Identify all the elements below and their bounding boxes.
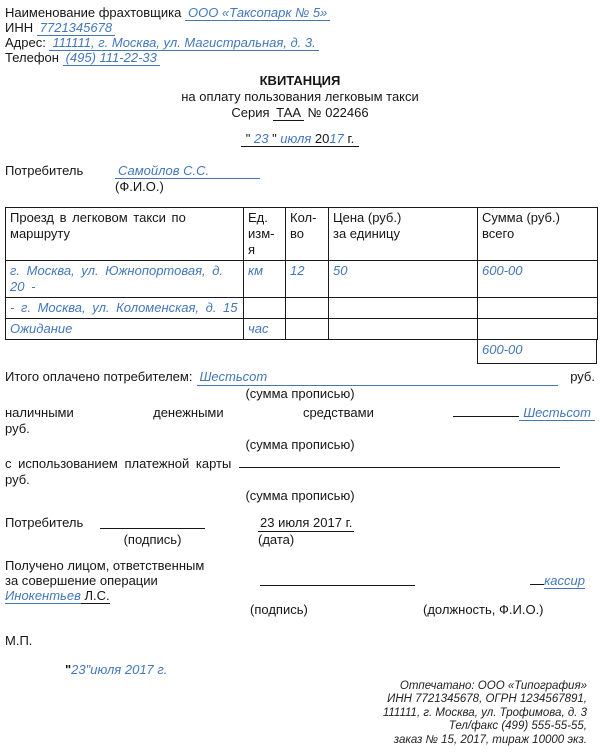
receipt-page: Наименование фрахтовщика ООО «Таксопарк …	[0, 0, 600, 747]
row2-unit	[244, 298, 286, 319]
cash-payment-line: наличными денежными средствами Шестьсот	[5, 403, 595, 421]
table-row: - г. Москва, ул. Коломенская, д. 15	[6, 298, 598, 319]
print-info-line: ИНН 7721345678, ОГРН 1234567891,	[5, 693, 587, 706]
table-row: Ожидание час	[6, 319, 598, 340]
receiver-line1: Получено лицом, ответственным	[5, 558, 204, 573]
document-subtitle: на оплату пользования легковым такси	[5, 89, 595, 105]
bottom-date-line: "23"июля 2017 г.	[65, 661, 595, 678]
row2-qty	[286, 298, 329, 319]
total-paid-words: Шестьсот	[197, 369, 558, 386]
cash-word-2: денежными	[153, 405, 224, 421]
row2-price	[329, 298, 478, 319]
carrier-inn-value: 7721345678	[37, 20, 115, 36]
series-label: Серия	[231, 105, 269, 120]
blank-line	[530, 572, 544, 585]
print-info-line: Отпечатано: ООО «Типография»	[5, 680, 587, 693]
row1-price: 50	[329, 261, 478, 298]
position-hint: (должность, Ф.И.О.)	[423, 602, 544, 617]
carrier-name-label: Наименование фрахтовщика	[5, 5, 181, 20]
amount-words-hint: (сумма прописью)	[5, 488, 595, 503]
bottom-date-value: 23"июля 2017 г.	[71, 662, 167, 677]
row1-route: г. Москва, ул. Южнопортовая, д. 20 -	[6, 261, 244, 298]
header-price: Цена (руб.) за единицу	[329, 208, 478, 261]
consumer-signature-row: Потребитель 23 июля 2017 г.	[5, 515, 595, 532]
rub-label: руб.	[5, 472, 595, 488]
signature-date: 23 июля 2017 г.	[258, 515, 354, 532]
print-info-line: заказ № 15, 2017, тираж 10000 экз.	[5, 734, 587, 747]
consumer-signature-label: Потребитель	[5, 515, 100, 532]
issue-month: июля	[277, 131, 315, 146]
card-payment-line: с использованием платежной карты	[5, 454, 595, 472]
blank-line	[239, 454, 560, 468]
table-row: г. Москва, ул. Южнопортовая, д. 20 - км …	[6, 261, 598, 298]
cash-word-3: средствами	[303, 405, 374, 421]
issue-day: 23	[254, 131, 268, 146]
carrier-inn-line: ИНН 7721345678	[5, 20, 595, 35]
signature-line	[260, 574, 415, 586]
stamp-label: М.П.	[5, 633, 595, 648]
consumer-name-hint: (Ф.И.О.)	[115, 179, 595, 194]
print-info-block: Отпечатано: ООО «Типография» ИНН 7721345…	[5, 680, 595, 747]
fare-table: Проезд в легковом такси по маршруту Ед. …	[5, 207, 598, 340]
amount-words-hint: (сумма прописью)	[5, 437, 595, 452]
blank-line	[453, 403, 519, 417]
receiver-name-value: Инокентьев	[5, 588, 81, 604]
issue-year-prefix: 20	[315, 131, 329, 146]
carrier-address-label: Адрес:	[5, 35, 46, 50]
cash-amount-words: Шестьсот	[519, 405, 595, 421]
row2-sum	[478, 298, 598, 319]
receiver-position: кассир	[530, 572, 585, 588]
receiver-name: Инокентьев Л.С.	[5, 588, 110, 603]
row3-unit: час	[244, 319, 286, 340]
card-payment-label: с использованием платежной карты	[5, 456, 231, 472]
title-block: КВИТАНЦИЯ на оплату пользования легковым…	[5, 73, 595, 121]
print-info-line: 111111, г. Москва, ул. Трофимова, д. 3	[5, 707, 587, 720]
table-total-wrap: 600-00	[5, 340, 597, 364]
row3-route: Ожидание	[6, 319, 244, 340]
issue-date-group: " 23 " июля 2017 г.	[241, 131, 360, 147]
close-quote: "	[268, 131, 276, 146]
carrier-phone-line: Телефон (495) 111-22-33	[5, 50, 595, 65]
carrier-phone-value: (495) 111-22-33	[63, 50, 160, 66]
receiver-block: Получено лицом, ответственным за соверше…	[5, 558, 595, 617]
carrier-name-value: ООО «Таксопарк № 5»	[185, 5, 330, 21]
issue-year-mark: г.	[344, 131, 354, 146]
consumer-signature-hints: (подпись) (дата)	[5, 532, 595, 547]
consumer-name-value: Самойлов С.С.	[115, 163, 260, 179]
consumer-label: Потребитель	[5, 163, 115, 179]
cash-amount-group: Шестьсот	[453, 403, 595, 421]
receiver-initials: Л.С.	[81, 588, 110, 604]
header-route: Проезд в легковом такси по маршруту	[6, 208, 244, 261]
receiver-line2: за совершение операции	[5, 573, 158, 588]
row2-route: - г. Москва, ул. Коломенская, д. 15	[6, 298, 244, 319]
row1-sum: 600-00	[478, 261, 598, 298]
rub-label: руб.	[570, 369, 595, 385]
header-unit: Ед. изм- я	[244, 208, 286, 261]
carrier-address-line: Адрес: 111111, г. Москва, ул. Магистраль…	[5, 35, 595, 50]
total-paid-line: Итого оплачено потребителем: Шестьсот ру…	[5, 369, 595, 386]
signature-hint: (подпись)	[250, 602, 308, 617]
row3-qty	[286, 319, 329, 340]
issue-year-suffix: 17	[329, 131, 343, 146]
series-code: ТАА	[273, 105, 304, 121]
row1-qty: 12	[286, 261, 329, 298]
total-sum-cell: 600-00	[477, 340, 597, 364]
rub-label: руб.	[5, 421, 595, 437]
print-info-line: Тел/факс (499) 555-55-55,	[5, 720, 587, 733]
receiver-position-value: кассир	[544, 573, 585, 589]
carrier-phone-label: Телефон	[5, 50, 59, 65]
carrier-address-value: 111111, г. Москва, ул. Магистральная, д.…	[49, 35, 318, 51]
series-number: № 022466	[308, 105, 369, 120]
amount-words-hint: (сумма прописью)	[5, 386, 595, 401]
signature-hint: (подпись)	[100, 532, 205, 547]
signature-line	[100, 515, 205, 529]
row1-unit: км	[244, 261, 286, 298]
table-header-row: Проезд в легковом такси по маршруту Ед. …	[6, 208, 598, 261]
header-qty: Кол- во	[286, 208, 329, 261]
row3-price	[329, 319, 478, 340]
document-title: КВИТАНЦИЯ	[5, 73, 595, 89]
carrier-inn-label: ИНН	[5, 20, 33, 35]
date-hint: (дата)	[258, 532, 294, 547]
issue-date-line: " 23 " июля 2017 г.	[5, 130, 595, 147]
consumer-row: Потребитель Самойлов С.С.	[5, 163, 595, 179]
open-quote: "	[246, 131, 254, 146]
total-paid-label: Итого оплачено потребителем:	[5, 369, 192, 385]
series-line: Серия ТАА № 022466	[5, 105, 595, 121]
carrier-name-line: Наименование фрахтовщика ООО «Таксопарк …	[5, 5, 595, 20]
row3-sum	[478, 319, 598, 340]
header-sum: Сумма (руб.) всего	[478, 208, 598, 261]
cash-word-1: наличными	[5, 405, 74, 421]
